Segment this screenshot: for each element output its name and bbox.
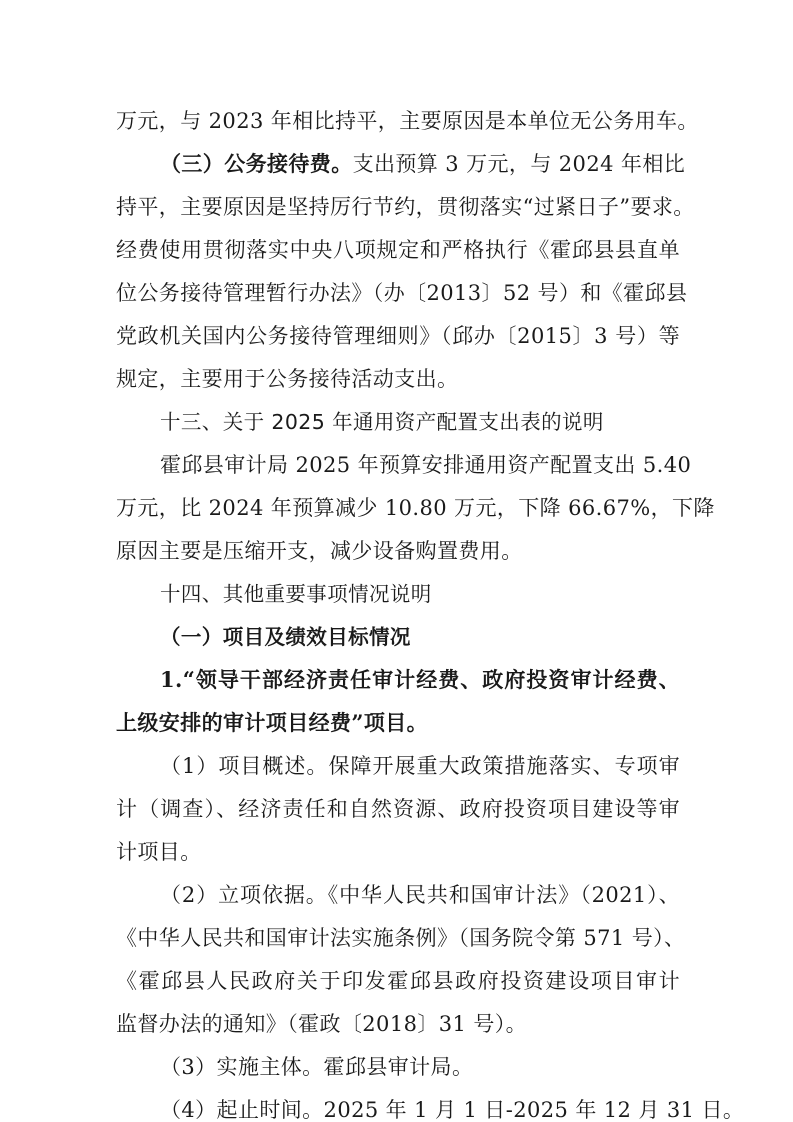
paragraph-line: 位公务接待管理暂行办法》（办〔2013〕52 号）和《霍邱县 (116, 279, 680, 307)
subheading-reception-fee: （三）公务接待费。 (160, 151, 353, 176)
paragraph-line: 《霍邱县人民政府关于印发霍邱县政府投资建设项目审计 (116, 967, 680, 995)
subsection-heading-projects: （一）项目及绩效目标情况 (160, 623, 680, 651)
paragraph-line: 规定，主要用于公务接待活动支出。 (116, 365, 680, 393)
paragraph-line: 万元，与 2023 年相比持平，主要原因是本单位无公务用车。 (116, 107, 680, 135)
paragraph-line: 经费使用贯彻落实中央八项规定和严格执行《霍邱县县直单 (116, 236, 680, 264)
project-title-line: 上级安排的审计项目经费”项目。 (116, 709, 680, 737)
section-heading-13: 十三、关于 2025 年通用资产配置支出表的说明 (160, 408, 680, 436)
paragraph-line: （2）立项依据。《中华人民共和国审计法》（2021）、 (160, 881, 680, 909)
project-title-line: 1.“领导干部经济责任审计经费、政府投资审计经费、 (160, 666, 680, 694)
paragraph-line: （3）实施主体。霍邱县审计局。 (160, 1053, 680, 1081)
paragraph-line: 党政机关国内公务接待管理细则》（邱办〔2015〕3 号）等 (116, 322, 680, 350)
paragraph-line: 计（调查）、经济责任和自然资源、政府投资项目建设等审 (116, 795, 680, 823)
paragraph-line: 监督办法的通知》（霍政〔2018〕31 号）。 (116, 1010, 680, 1038)
paragraph-line: （4）起止时间。2025 年 1 月 1 日-2025 年 12 月 31 日。 (160, 1096, 680, 1122)
paragraph-line: （1）项目概述。保障开展重大政策措施落实、专项审 (160, 752, 680, 780)
paragraph-text: 支出预算 3 万元，与 2024 年相比 (353, 152, 686, 176)
paragraph-line: 原因主要是压缩开支，减少设备购置费用。 (116, 537, 680, 565)
paragraph-line: 《中华人民共和国审计法实施条例》（国务院令第 571 号）、 (116, 924, 680, 952)
section-heading-14: 十四、其他重要事项情况说明 (160, 580, 680, 608)
paragraph-line-reception: （三）公务接待费。支出预算 3 万元，与 2024 年相比 (160, 150, 680, 178)
paragraph-line: 计项目。 (116, 838, 680, 866)
paragraph-line: 万元，比 2024 年预算减少 10.80 万元，下降 66.67%，下降 (116, 494, 680, 522)
paragraph-line: 霍邱县审计局 2025 年预算安排通用资产配置支出 5.40 (160, 451, 680, 479)
document-page: 万元，与 2023 年相比持平，主要原因是本单位无公务用车。 （三）公务接待费。… (0, 0, 793, 1122)
paragraph-line: 持平，主要原因是坚持厉行节约，贯彻落实“过紧日子”要求。 (116, 193, 680, 221)
